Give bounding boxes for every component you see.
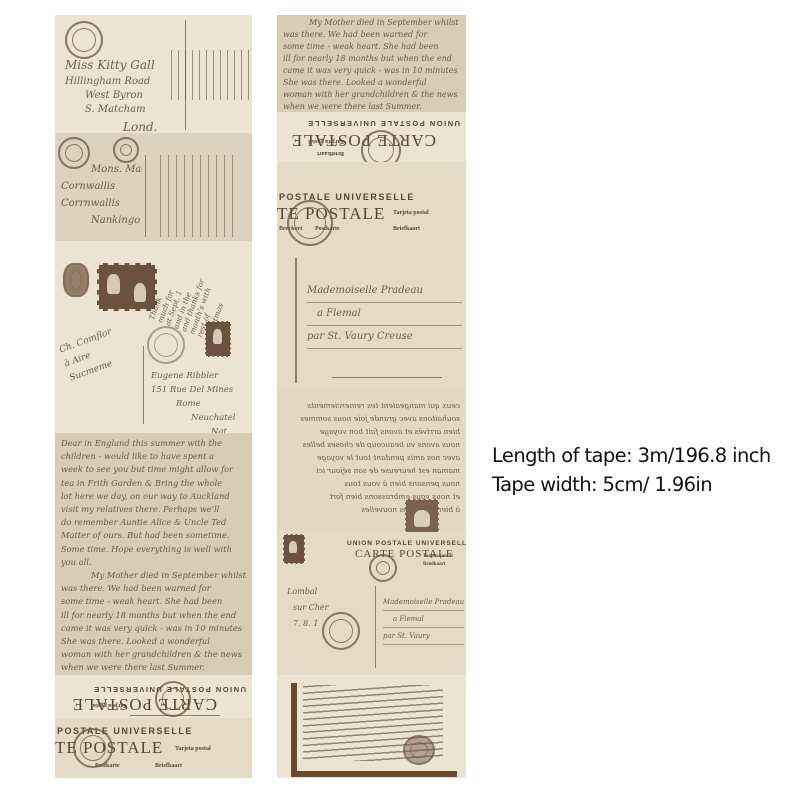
address-block: Eugene Ribbler 151 Rue Del Mines Rome Ne… bbox=[151, 369, 244, 433]
stamp-pair-icon bbox=[97, 263, 157, 311]
letter-line: do remember Auntie Alice & Uncle Ted bbox=[61, 516, 246, 529]
divider-line bbox=[332, 377, 442, 378]
letter-mirrored: ceux qui mangeaient tes remerciements so… bbox=[277, 387, 466, 532]
letter-line: woman with her grandchildren & the news bbox=[61, 648, 246, 661]
divider-line bbox=[375, 586, 376, 668]
spec-text: Length of tape: 3m/196.8 inch Tape width… bbox=[492, 441, 771, 499]
briefkaart-label: Briefkaart bbox=[423, 562, 446, 567]
letter-line: came it was very quick - was in 10 minut… bbox=[61, 622, 246, 635]
letter-line: maman est heureuse de son séjour ici bbox=[283, 464, 460, 477]
address-line: Nankingo bbox=[61, 212, 142, 229]
address-line: Cornwallis bbox=[61, 178, 142, 195]
address-line: 151 Rue Del Mines bbox=[151, 383, 244, 397]
vertical-handwriting bbox=[153, 155, 239, 237]
letter-line: bien arrivés et avons fait bon voyage bbox=[283, 425, 460, 438]
letter-handwritten: My Mother died in September whilst I was… bbox=[277, 15, 466, 112]
tape-length-label: Length of tape: 3m/196.8 inch bbox=[492, 441, 771, 470]
letter-line: children - would like to have spent a bbox=[61, 450, 246, 463]
address-block: Mademoiselle Pradeau a Flemal par St. Va… bbox=[307, 280, 462, 349]
letter-line: some time - weak heart. She had been bbox=[61, 595, 246, 608]
tape-strip-right: My Mother died in September whilst I was… bbox=[277, 15, 466, 778]
letter-line: some time - weak heart. She had been bbox=[283, 41, 460, 53]
letter-line: Dear in England this summer with the bbox=[61, 437, 246, 450]
tarjeta-postal-label: Tarjeta postal bbox=[91, 702, 127, 708]
address-line: Rome bbox=[151, 397, 244, 411]
postcard-stamps: Thank much for at Sept. 1 and in the and… bbox=[55, 241, 252, 433]
stamp-sower-icon bbox=[283, 534, 305, 564]
wax-seal-icon bbox=[403, 735, 435, 765]
stamp-blanc-icon bbox=[405, 499, 439, 532]
letter-line: when we were there last Summer. bbox=[283, 101, 460, 112]
union-postale-label: POSTALE UNIVERSELLE bbox=[279, 192, 415, 202]
letter-line: woman with her grandchildren & the news bbox=[283, 89, 460, 101]
postmark-icon bbox=[287, 200, 333, 246]
postmark-icon bbox=[73, 728, 113, 768]
letter-line: Matter of ours. But had been sometime. bbox=[61, 529, 246, 542]
address-line: Eugene Ribbler bbox=[151, 369, 244, 383]
postmark-icon bbox=[155, 681, 191, 717]
postmark-icon bbox=[322, 612, 360, 650]
letter-line: ill for nearly 18 months but when the en… bbox=[61, 609, 246, 622]
address-block: Mons. Marlin Cornwallis Corrnwallis Nank… bbox=[61, 161, 142, 229]
stamp-sower-icon bbox=[205, 321, 231, 357]
letter-line: week to see you but time might allow for bbox=[61, 463, 246, 476]
tape-width-label: Tape width: 5cm/ 1.96in bbox=[492, 470, 771, 499]
letter-line: My Mother died in September whilst I bbox=[283, 17, 460, 29]
postcard-cornwallis: Mons. Marlin Cornwallis Corrnwallis Nank… bbox=[55, 133, 252, 241]
letter-text: Dear in England this summer with the chi… bbox=[61, 437, 246, 675]
letter-line: My Mother died in September whilst I bbox=[61, 569, 246, 582]
vertical-handwriting bbox=[165, 50, 252, 100]
letter-line: tea in Frith Garden & Bring the whole bbox=[61, 477, 246, 490]
letter-line: lot here we day, on our way to Auckland bbox=[61, 490, 246, 503]
letter-line: visit my relatives there. Perhaps we'll bbox=[61, 503, 246, 516]
divider-line bbox=[295, 258, 297, 383]
tarjeta-postal-label: Tarjeta postal bbox=[423, 554, 453, 559]
letter-line: was there. We had been warned for bbox=[61, 582, 246, 595]
address-block: Mademoiselle Pradeau a Flemal par St. Va… bbox=[383, 594, 464, 645]
divider-line bbox=[143, 346, 144, 424]
letter-line: souhaitons avec grande joie nous sommes bbox=[283, 412, 460, 425]
address-line: Corrnwallis bbox=[61, 195, 142, 212]
postcard-main: POSTALE UNIVERSELLE TE POSTALE Tarjeta p… bbox=[277, 162, 466, 387]
postcard-header-flipped: UNION POSTALE UNIVERSELLE CARTE POSTALE … bbox=[277, 112, 466, 162]
letter-line: Some time. Hope everything is well with bbox=[61, 543, 246, 556]
letter-line: when we were there last Summer. bbox=[61, 661, 246, 674]
manuscript-fragment bbox=[277, 675, 466, 778]
postcard-bottom: UNION POSTALE UNIVERSELLE CARTE POSTALE … bbox=[277, 532, 466, 675]
postcard-header-flipped: UNION POSTALE UNIVERSELLE CARTE POSTALE … bbox=[55, 675, 252, 718]
address-line: Mons. Marlin bbox=[61, 161, 142, 178]
briefkaart-label: Briefkaart bbox=[393, 226, 420, 232]
tarjeta-postal-label: Tarjeta postal bbox=[175, 746, 211, 752]
address-line: Mademoiselle Pradeau bbox=[383, 594, 464, 611]
letter-line: was there. We had been warned for bbox=[283, 29, 460, 41]
postmark-icon bbox=[361, 130, 401, 162]
union-postale-label: UNION POSTALE UNIVERSELLE bbox=[347, 540, 466, 547]
address-line: a Flemal bbox=[307, 303, 462, 326]
letter-text: My Mother died in September whilst I was… bbox=[283, 17, 460, 112]
letter-line: avec nos amis pendant tout le voyage bbox=[283, 451, 460, 464]
letter-line: nous pensons bien à vous tous bbox=[283, 477, 460, 490]
briefkaart-label: Briefkaart bbox=[317, 150, 344, 156]
postmark-icon bbox=[113, 137, 139, 163]
briefkaart-label: Briefkaart bbox=[155, 763, 182, 769]
postmark-icon bbox=[63, 263, 89, 297]
union-postale-label: UNION POSTALE UNIVERSELLE bbox=[307, 119, 460, 128]
sender-note-line: Lombal bbox=[287, 584, 346, 600]
divider-line bbox=[145, 155, 146, 237]
letter-line: She was there. Looked a wonderful bbox=[61, 635, 246, 648]
margin-note: Ch. Comflorà AireSucmeme bbox=[57, 321, 137, 387]
postmark-icon bbox=[369, 554, 397, 582]
letter-line: nous avons vu beaucoup de choses belles bbox=[283, 438, 460, 451]
letter-line: you all. bbox=[61, 556, 246, 569]
tarjeta-postal-label: Tarjeta postal bbox=[393, 210, 429, 216]
address-line: Mademoiselle Pradeau bbox=[307, 280, 462, 303]
divider-line bbox=[130, 715, 220, 716]
postmark-icon bbox=[147, 326, 185, 364]
address-line: Lond. bbox=[65, 117, 182, 133]
postcard-footer: POSTALE UNIVERSELLE TE POSTALE Tarjeta p… bbox=[55, 718, 252, 778]
letter-line: She was there. Looked a wonderful bbox=[283, 77, 460, 89]
letter-line: ill for nearly 18 months but when the en… bbox=[283, 53, 460, 65]
address-line: par St. Vaury Creuse bbox=[307, 326, 462, 349]
tape-strip-left: Miss Kitty Gall Hillingham Road West Byr… bbox=[55, 15, 252, 778]
address-line: par St. Vaury bbox=[383, 628, 464, 645]
corner-note: Nat bbox=[151, 425, 244, 433]
letter-line: ceux qui mangeaient tes remerciements bbox=[283, 399, 460, 412]
address-line: S. Matcham bbox=[65, 103, 182, 117]
address-line: Neuchatel bbox=[151, 411, 244, 425]
address-line: a Flemal bbox=[383, 611, 464, 628]
tarjeta-postal-label: Tarjeta postal bbox=[308, 138, 344, 144]
letter-handwritten: Dear in England this summer with the chi… bbox=[55, 433, 252, 675]
postcard-miss-kitty: Miss Kitty Gall Hillingham Road West Byr… bbox=[55, 15, 252, 133]
letter-line: came it was very quick - was in 10 minut… bbox=[283, 65, 460, 77]
